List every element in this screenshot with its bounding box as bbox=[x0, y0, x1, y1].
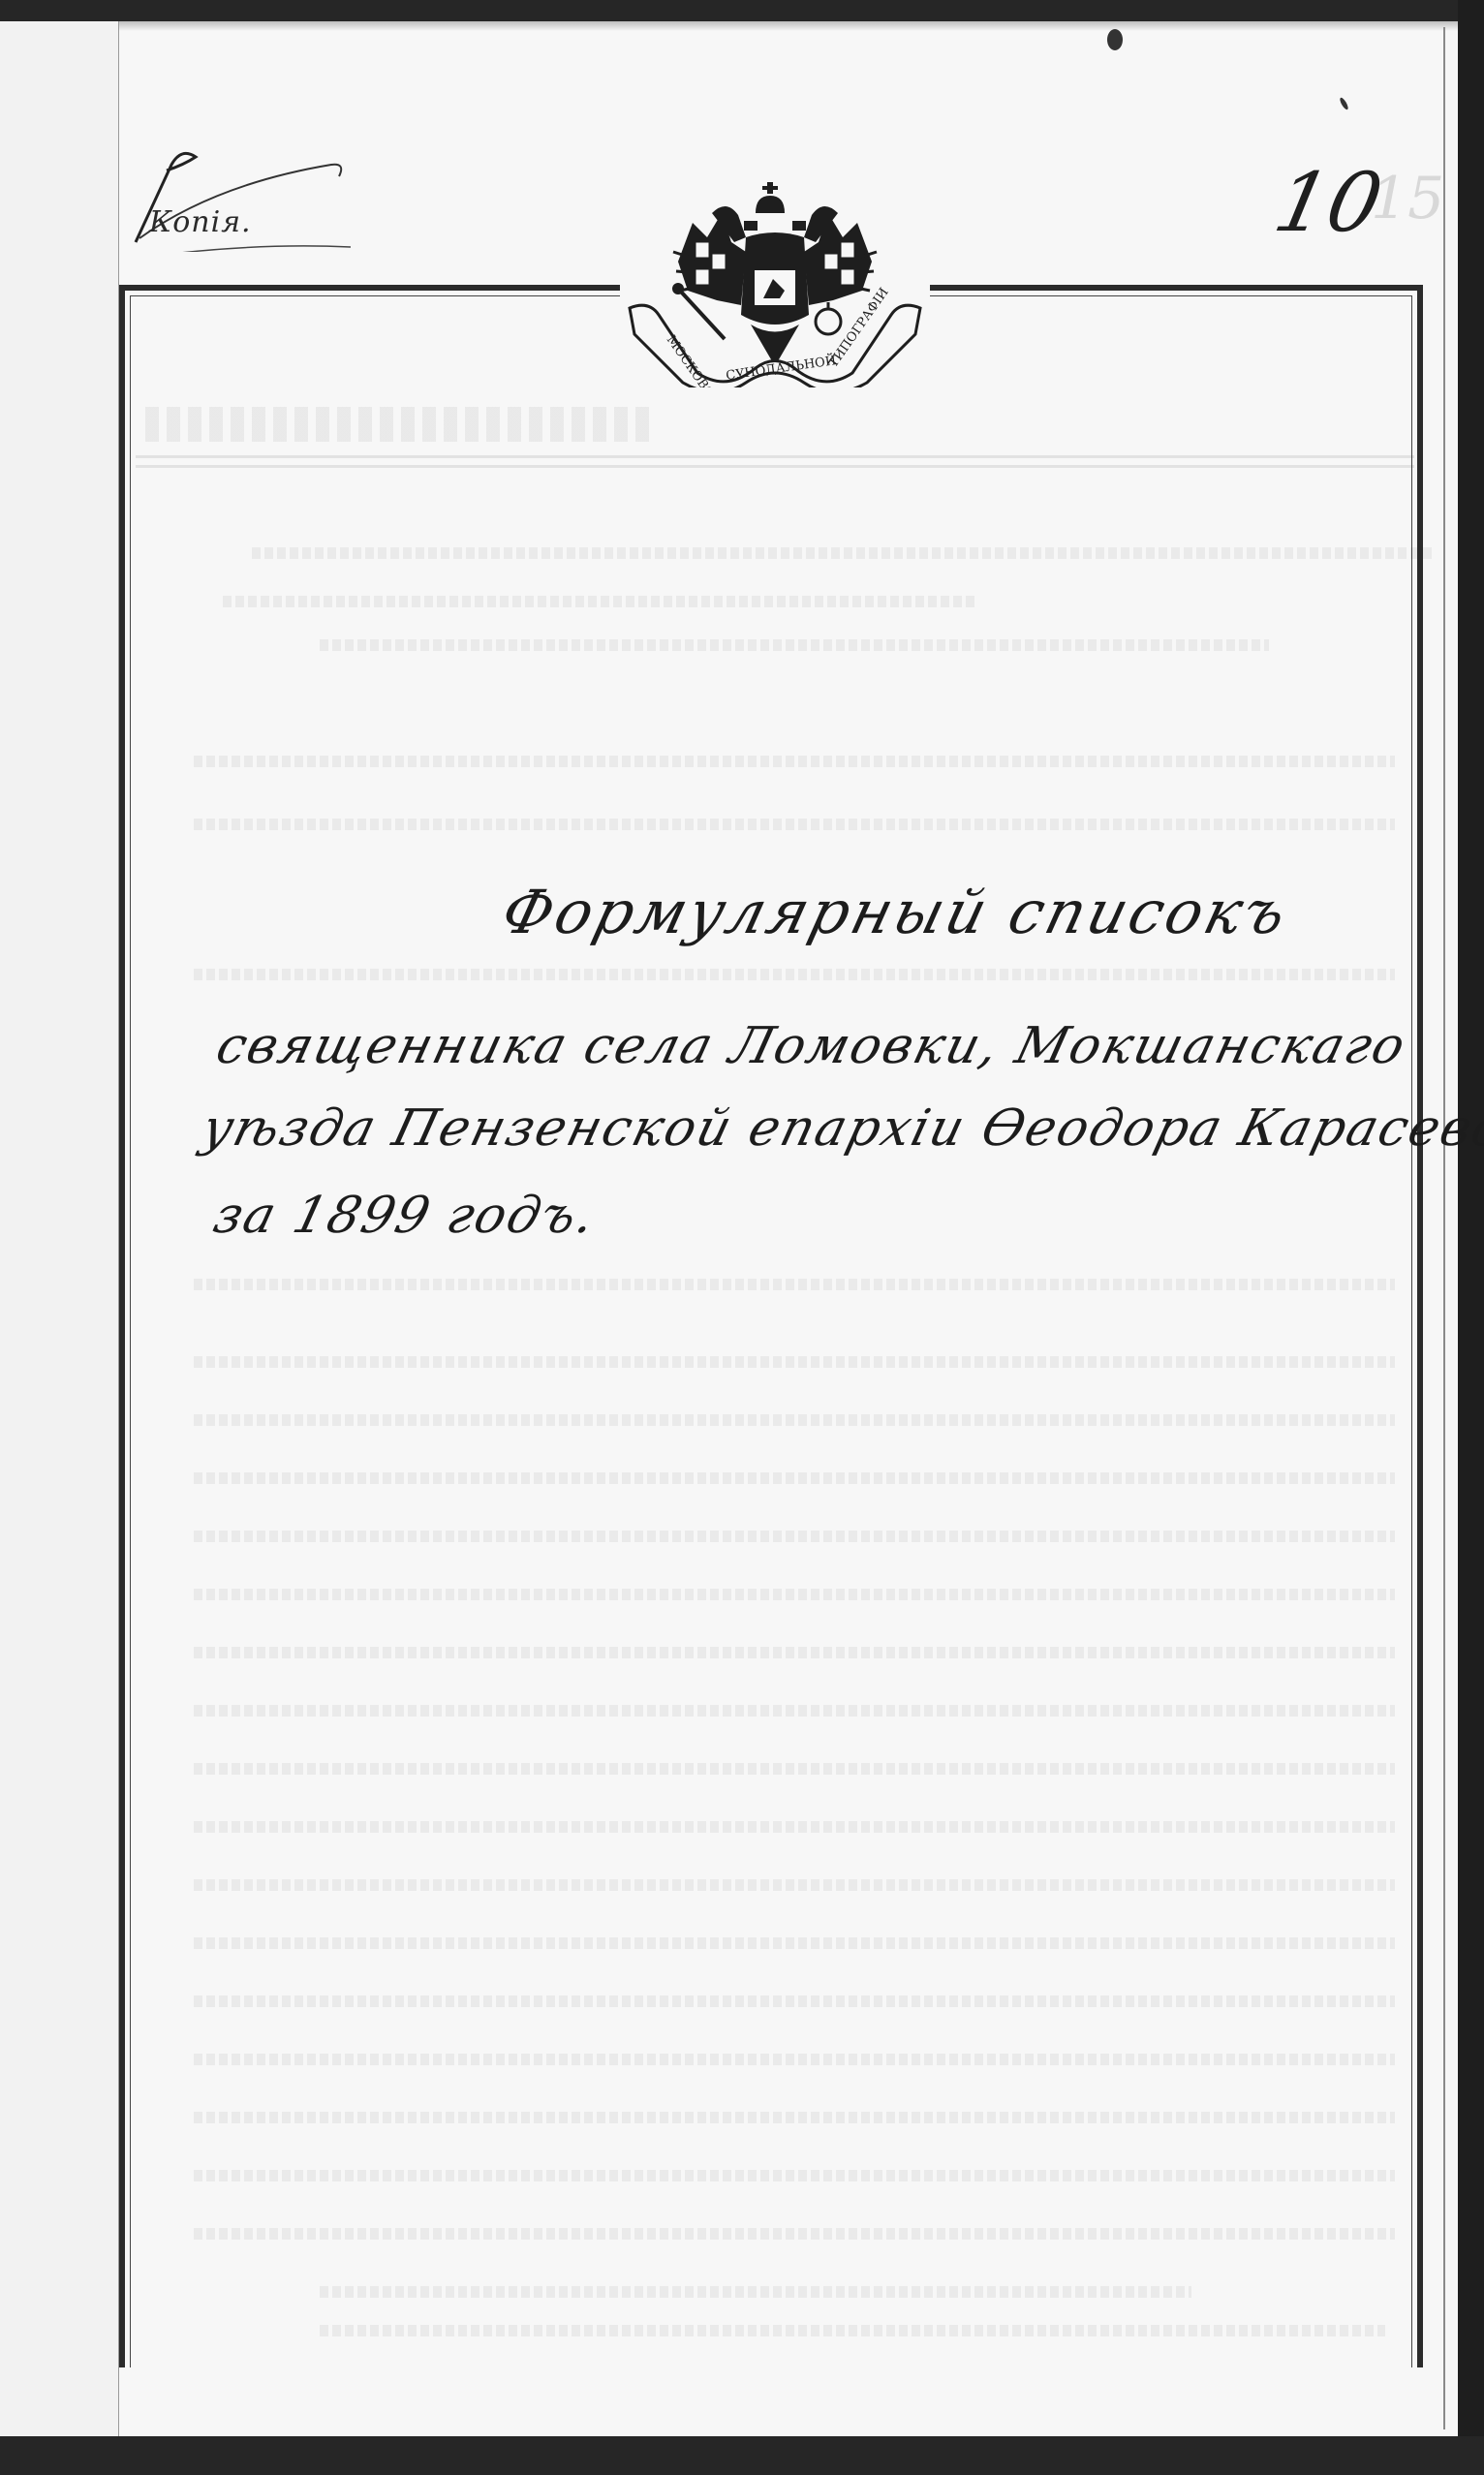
underlying-sheet bbox=[0, 21, 118, 2443]
body-line: за 1899 годъ. bbox=[208, 1187, 603, 1245]
page-edge-line bbox=[1443, 27, 1445, 2429]
margin-note-text: Копія. bbox=[149, 205, 252, 239]
scan-right-border bbox=[1458, 0, 1484, 2475]
scan-bottom-border bbox=[0, 2436, 1484, 2475]
double-headed-eagle-icon: МОСКОВСКОЙ СУНОДАЛЬНОЙ ТИПОГРАФІИ bbox=[620, 145, 930, 387]
page-frame-inner bbox=[130, 295, 1412, 2367]
body-line: священника села Ломовки, Мокшанскаго bbox=[211, 1017, 1413, 1075]
ribbon-text-center: СУНОДАЛЬНОЙ bbox=[725, 352, 837, 384]
faint-page-number: 15 bbox=[1371, 165, 1444, 232]
body-line: уѣзда Пензенской епархіи Ѳеодора Карасев… bbox=[197, 1099, 1484, 1158]
scan-top-border bbox=[0, 0, 1484, 21]
document-title: Формулярный списокъ bbox=[495, 877, 1296, 947]
ink-blot bbox=[1107, 29, 1123, 50]
imperial-emblem: МОСКОВСКОЙ СУНОДАЛЬНОЙ ТИПОГРАФІИ bbox=[620, 145, 930, 387]
margin-note: Копія. bbox=[128, 145, 351, 252]
